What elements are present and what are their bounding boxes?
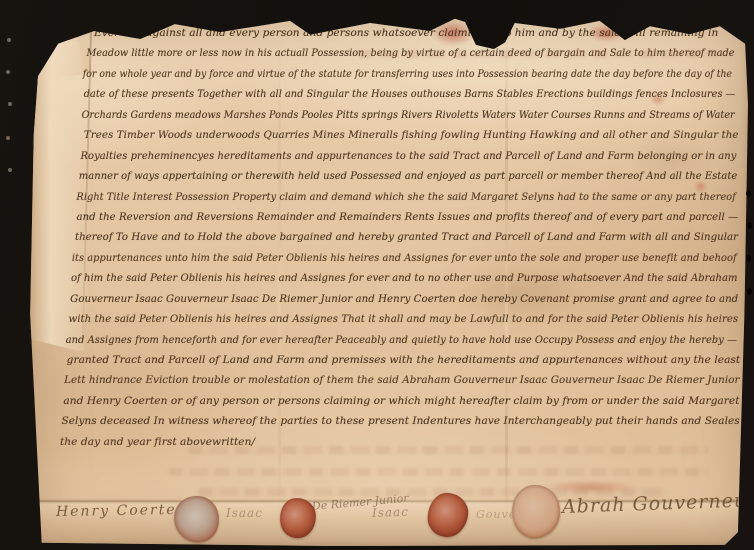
document-line: its appurtenances unto him the said Pete…	[28, 248, 688, 268]
bleed-through-text	[188, 446, 708, 454]
document-line: Orchards Gardens meadows Marshes Ponds P…	[28, 105, 673, 125]
pinhole-dot	[8, 102, 12, 106]
bleed-through-text	[358, 50, 718, 58]
document-line: manner of ways appertaining or therewith…	[28, 166, 697, 186]
edge-notch	[746, 255, 751, 262]
document-line: Royalties preheminencyes hereditaments a…	[28, 146, 698, 166]
document-line: and Assignes from henceforth and for eve…	[28, 330, 691, 350]
signature: Isaac	[226, 506, 263, 520]
signature: Henry Coerten	[56, 502, 188, 520]
pinhole-dot	[7, 38, 11, 42]
signature: Isaac	[372, 505, 409, 520]
document-line: Ever and against all and every person an…	[28, 23, 740, 43]
document-text-block: Ever and against all and every person an…	[28, 23, 740, 452]
document-line: Selyns deceased In witness whereof the p…	[28, 411, 736, 431]
document-line: Trees Timber Woods underwoods Quarries M…	[28, 125, 720, 145]
document-line: date of these presents Together with all…	[28, 84, 680, 104]
edge-notch	[747, 288, 752, 295]
pinhole-dot	[6, 136, 10, 140]
document-line: granted Tract and Parcell of Land and Fa…	[28, 350, 738, 370]
pinhole-dot	[8, 168, 12, 172]
photo-backdrop: Ever and against all and every person an…	[0, 0, 754, 550]
document-line: and the Reversion and Reversions Remaind…	[28, 207, 709, 227]
edge-notch	[746, 190, 751, 197]
edge-notch	[747, 222, 752, 229]
document-line: thereof To Have and to Hold the above ba…	[28, 227, 710, 247]
document-line: Gouverneur Isaac Gouverneur Isaac De Rie…	[28, 289, 712, 309]
bleed-through-text	[168, 468, 708, 476]
parchment-document: Ever and against all and every person an…	[28, 14, 748, 546]
document-line: and Henry Coerten or of any person or pe…	[28, 391, 740, 411]
document-line: Lett hindrance Eviction trouble or moles…	[28, 370, 721, 390]
document-line: with the said Peter Oblienis his heires …	[28, 309, 711, 329]
pinhole-dot	[6, 70, 10, 74]
document-line: Right Title Interest Possession Property…	[28, 187, 686, 207]
document-line: for one whole year and by force and virt…	[28, 64, 651, 84]
document-line: of him the said Peter Oblienis his heire…	[28, 268, 699, 288]
